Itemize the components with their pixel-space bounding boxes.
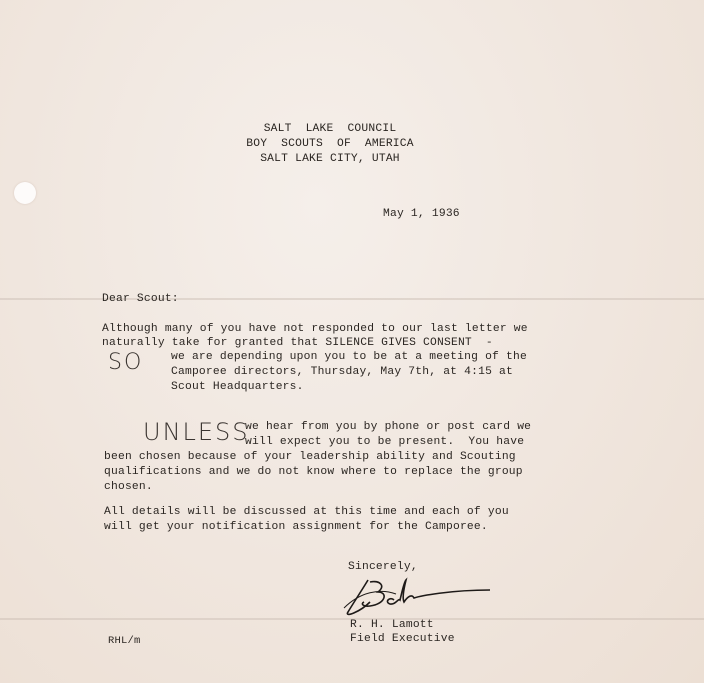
letter-date: May 1, 1936 (383, 207, 460, 222)
handwritten-signature (340, 572, 500, 620)
letter-page: SALT LAKE COUNCIL BOY SCOUTS OF AMERICA … (0, 0, 704, 683)
stamp-unless: UNLESS (143, 418, 250, 446)
stamp-so: SO (108, 350, 143, 375)
signer-name: R. H. Lamott (350, 618, 434, 633)
paragraph-1-line: we are depending upon you to be at a mee… (171, 350, 527, 365)
punch-hole (14, 182, 36, 204)
letterhead-line-3: SALT LAKE CITY, UTAH (220, 152, 440, 167)
paragraph-2-line: will expect you to be present. You have (245, 435, 524, 450)
salutation: Dear Scout: (102, 292, 179, 307)
letterhead-line-1: SALT LAKE COUNCIL (220, 122, 440, 137)
paragraph-2-line: qualifications and we do not know where … (104, 465, 523, 480)
typist-initials: RHL/m (108, 634, 141, 649)
paragraph-1-line: naturally take for granted that SILENCE … (102, 336, 493, 351)
paragraph-3-line: All details will be discussed at this ti… (104, 505, 509, 520)
paragraph-1-line: Scout Headquarters. (171, 380, 304, 395)
signer-title: Field Executive (350, 632, 455, 647)
paragraph-3-line: will get your notification assignment fo… (104, 520, 488, 535)
paragraph-1-line: Camporee directors, Thursday, May 7th, a… (171, 365, 513, 380)
paragraph-2-line: chosen. (104, 480, 153, 495)
paragraph-2-line: been chosen because of your leadership a… (104, 450, 516, 465)
paragraph-2-line: we hear from you by phone or post card w… (245, 420, 531, 435)
paragraph-1-line: Although many of you have not responded … (102, 322, 528, 337)
letterhead-line-2: BOY SCOUTS OF AMERICA (220, 137, 440, 152)
